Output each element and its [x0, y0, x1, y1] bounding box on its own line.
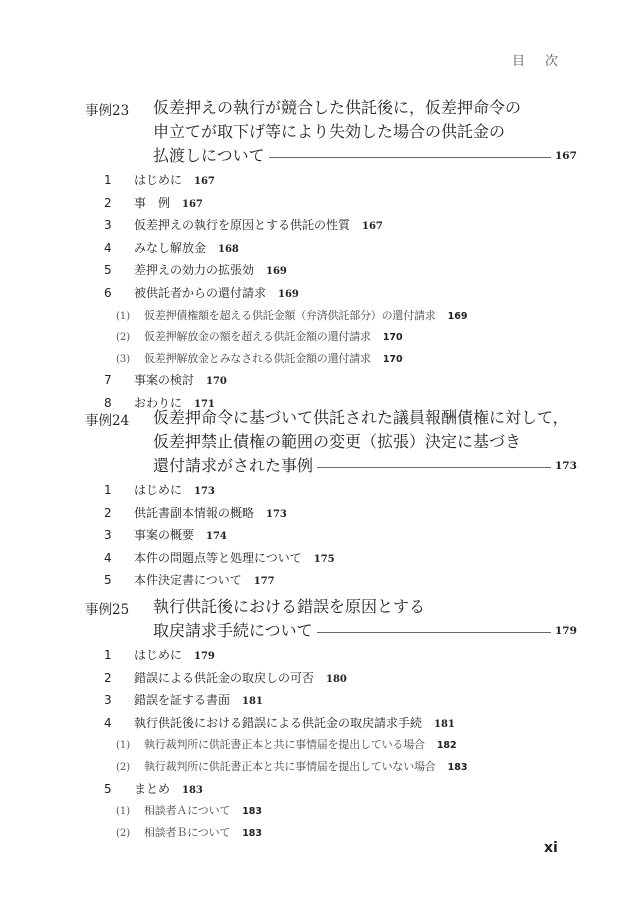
- entry-page-number: 173: [266, 505, 287, 526]
- case-label: 事例24: [85, 409, 129, 429]
- entry-number: (1): [85, 736, 144, 757]
- case-title-line: 還付請求がされた事例: [153, 454, 313, 478]
- entry-page-number: 177: [254, 572, 275, 593]
- entry-number: 4: [85, 713, 134, 734]
- entry-title: 執行裁判所に供託書正本と共に事情届を提出している場合: [144, 735, 425, 756]
- toc-entries: 1はじめに1792錯誤による供託金の取戻しの可否1803錯誤を証する書面1814…: [85, 645, 575, 844]
- case-label: 事例25: [85, 598, 129, 618]
- leader-line: [317, 632, 551, 633]
- entry-page-number: 174: [206, 527, 227, 548]
- toc-case-24: 事例24 仮差押命令に基づいて供託された議員報酬債権に対して， 仮差押禁止債権の…: [85, 406, 575, 593]
- entry-page-number: 183: [242, 802, 262, 823]
- entry-number: 2: [85, 668, 134, 689]
- entry-page-number: 170: [383, 350, 403, 371]
- entry-page-number: 169: [278, 285, 299, 306]
- toc-entry[interactable]: 3錯誤を証する書面181: [85, 690, 575, 713]
- entry-title: 供託書副本情報の概略: [134, 503, 254, 524]
- case-title: 仮差押命令に基づいて供託された議員報酬債権に対して， 仮差押禁止債権の範囲の変更…: [153, 406, 575, 478]
- toc-entry[interactable]: 3仮差押えの執行を原因とする供託の性質167: [85, 215, 575, 238]
- toc-subentry[interactable]: (2)相談者Ｂについて183: [85, 823, 575, 845]
- toc-entries: 1はじめに1672事 例1673仮差押えの執行を原因とする供託の性質1674みな…: [85, 170, 575, 416]
- entry-number: 5: [85, 260, 134, 281]
- entry-title: 事案の概要: [134, 525, 194, 546]
- entry-number: (3): [85, 350, 144, 371]
- case-title-last-line: 取戻請求手続について 179: [153, 619, 575, 643]
- toc-entry[interactable]: 6被供託者からの還付請求169: [85, 283, 575, 306]
- case-title-last-line: 払渡しについて 167: [153, 144, 575, 168]
- entry-page-number: 170: [206, 372, 227, 393]
- entry-title: 執行供託後における錯誤による供託金の取戻請求手続: [134, 713, 422, 734]
- case-title-line: 払渡しについて: [153, 144, 265, 168]
- leader-line: [317, 467, 551, 468]
- case-title-line: 仮差押命令に基づいて供託された議員報酬債権に対して，: [153, 406, 575, 430]
- toc-entry[interactable]: 5差押えの効力の拡張効169: [85, 260, 575, 283]
- entry-title: 仮差押解放金とみなされる供託金額の還付請求: [144, 349, 371, 370]
- entry-title: 事 例: [134, 193, 170, 214]
- entry-page-number: 167: [362, 217, 383, 238]
- entry-title: 被供託者からの還付請求: [134, 283, 266, 304]
- case-page-number: 179: [555, 619, 575, 643]
- toc-entry[interactable]: 4みなし解放金168: [85, 238, 575, 261]
- entry-page-number: 169: [448, 307, 468, 328]
- toc-entry[interactable]: 2供託書副本情報の概略173: [85, 503, 575, 526]
- case-title: 仮差押えの執行が競合した供託後に，仮差押命令の 申立てが取下げ等により失効した場…: [153, 96, 575, 168]
- entry-number: 3: [85, 690, 134, 711]
- entry-title: まとめ: [134, 779, 170, 800]
- toc-entry[interactable]: 7事案の検討170: [85, 370, 575, 393]
- toc-entry[interactable]: 2事 例167: [85, 193, 575, 216]
- entry-number: 5: [85, 779, 134, 800]
- entry-number: (1): [85, 307, 144, 328]
- entry-title: 事案の検討: [134, 370, 194, 391]
- entry-title: 相談者Ａについて: [144, 801, 230, 822]
- entry-number: 2: [85, 503, 134, 524]
- entry-title: みなし解放金: [134, 238, 206, 259]
- entry-title: 仮差押解放金の額を超える供託金額の還付請求: [144, 327, 371, 348]
- entry-page-number: 180: [326, 670, 347, 691]
- entry-number: 1: [85, 480, 134, 501]
- case-label: 事例23: [85, 99, 129, 119]
- entry-title: 仮差押債権額を超える供託金額（弁済供託部分）の還付請求: [144, 306, 436, 327]
- entry-number: (2): [85, 328, 144, 349]
- entry-page-number: 182: [437, 736, 457, 757]
- entry-number: 4: [85, 548, 134, 569]
- entry-page-number: 170: [383, 328, 403, 349]
- entry-number: 3: [85, 215, 134, 236]
- entry-number: (2): [85, 824, 144, 845]
- toc-subentry[interactable]: (1)相談者Ａについて183: [85, 801, 575, 823]
- case-title: 執行供託後における錯誤を原因とする 取戻請求手続について 179: [153, 595, 575, 643]
- toc-subentry[interactable]: (2)仮差押解放金の額を超える供託金額の還付請求170: [85, 327, 575, 349]
- entry-number: 5: [85, 570, 134, 591]
- entry-page-number: 179: [194, 647, 215, 668]
- toc-subentry[interactable]: (1)執行裁判所に供託書正本と共に事情届を提出している場合182: [85, 735, 575, 757]
- entry-page-number: 181: [242, 692, 263, 713]
- entry-title: 相談者Ｂについて: [144, 823, 230, 844]
- entry-number: (2): [85, 758, 144, 779]
- toc-entry[interactable]: 4執行供託後における錯誤による供託金の取戻請求手続181: [85, 713, 575, 736]
- toc-subentry[interactable]: (1)仮差押債権額を超える供託金額（弁済供託部分）の還付請求169: [85, 306, 575, 328]
- entry-title: はじめに: [134, 170, 182, 191]
- case-title-last-line: 還付請求がされた事例 173: [153, 454, 575, 478]
- entry-title: 本件決定書について: [134, 570, 242, 591]
- toc-case-23: 事例23 仮差押えの執行が競合した供託後に，仮差押命令の 申立てが取下げ等により…: [85, 96, 575, 416]
- case-heading[interactable]: 事例25 執行供託後における錯誤を原因とする 取戻請求手続について 179: [85, 595, 575, 643]
- entry-number: (1): [85, 802, 144, 823]
- entry-title: 本件の問題点等と処理について: [134, 548, 302, 569]
- entry-number: 3: [85, 525, 134, 546]
- case-page-number: 167: [555, 144, 575, 168]
- entry-title: はじめに: [134, 645, 182, 666]
- entry-title: 仮差押えの執行を原因とする供託の性質: [134, 215, 350, 236]
- entry-page-number: 167: [182, 195, 203, 216]
- running-head: 目次: [512, 50, 578, 69]
- entry-title: 錯誤を証する書面: [134, 690, 230, 711]
- entry-page-number: 175: [314, 550, 335, 571]
- entry-number: 1: [85, 645, 134, 666]
- leader-line: [269, 157, 551, 158]
- toc-entry[interactable]: 5まとめ183: [85, 779, 575, 802]
- case-title-line: 仮差押禁止債権の範囲の変更（拡張）決定に基づき: [153, 430, 575, 454]
- toc-entry[interactable]: 1はじめに173: [85, 480, 575, 503]
- entry-number: 2: [85, 193, 134, 214]
- entry-number: 1: [85, 170, 134, 191]
- entry-number: 4: [85, 238, 134, 259]
- page-folio: xi: [544, 840, 558, 856]
- toc-entry[interactable]: 2錯誤による供託金の取戻しの可否180: [85, 668, 575, 691]
- case-title-line: 申立てが取下げ等により失効した場合の供託金の: [153, 120, 575, 144]
- case-title-line: 執行供託後における錯誤を原因とする: [153, 595, 575, 619]
- toc-subentry[interactable]: (3)仮差押解放金とみなされる供託金額の還付請求170: [85, 349, 575, 371]
- toc-subentry[interactable]: (2)執行裁判所に供託書正本と共に事情届を提出していない場合183: [85, 757, 575, 779]
- entry-page-number: 183: [182, 781, 203, 802]
- case-heading[interactable]: 事例23 仮差押えの執行が競合した供託後に，仮差押命令の 申立てが取下げ等により…: [85, 96, 575, 168]
- toc-entry[interactable]: 4本件の問題点等と処理について175: [85, 548, 575, 571]
- case-title-line: 仮差押えの執行が競合した供託後に，仮差押命令の: [153, 96, 575, 120]
- entry-title: はじめに: [134, 480, 182, 501]
- toc-case-25: 事例25 執行供託後における錯誤を原因とする 取戻請求手続について 179 1は…: [85, 595, 575, 844]
- entry-title: 執行裁判所に供託書正本と共に事情届を提出していない場合: [144, 757, 436, 778]
- entry-page-number: 183: [242, 824, 262, 845]
- entry-title: 差押えの効力の拡張効: [134, 260, 254, 281]
- entry-title: 錯誤による供託金の取戻しの可否: [134, 668, 314, 689]
- toc-entry[interactable]: 5本件決定書について177: [85, 570, 575, 593]
- case-title-line: 取戻請求手続について: [153, 619, 313, 643]
- case-page-number: 173: [555, 454, 575, 478]
- entry-page-number: 173: [194, 482, 215, 503]
- toc-entry[interactable]: 3事案の概要174: [85, 525, 575, 548]
- entry-page-number: 169: [266, 262, 287, 283]
- toc-entry[interactable]: 1はじめに167: [85, 170, 575, 193]
- entry-number: 7: [85, 370, 134, 391]
- entry-page-number: 181: [434, 715, 455, 736]
- entry-page-number: 167: [194, 172, 215, 193]
- toc-entry[interactable]: 1はじめに179: [85, 645, 575, 668]
- entry-number: 6: [85, 283, 134, 304]
- entry-page-number: 183: [448, 758, 468, 779]
- case-heading[interactable]: 事例24 仮差押命令に基づいて供託された議員報酬債権に対して， 仮差押禁止債権の…: [85, 406, 575, 478]
- entry-page-number: 168: [218, 240, 239, 261]
- toc-entries: 1はじめに1732供託書副本情報の概略1733事案の概要1744本件の問題点等と…: [85, 480, 575, 593]
